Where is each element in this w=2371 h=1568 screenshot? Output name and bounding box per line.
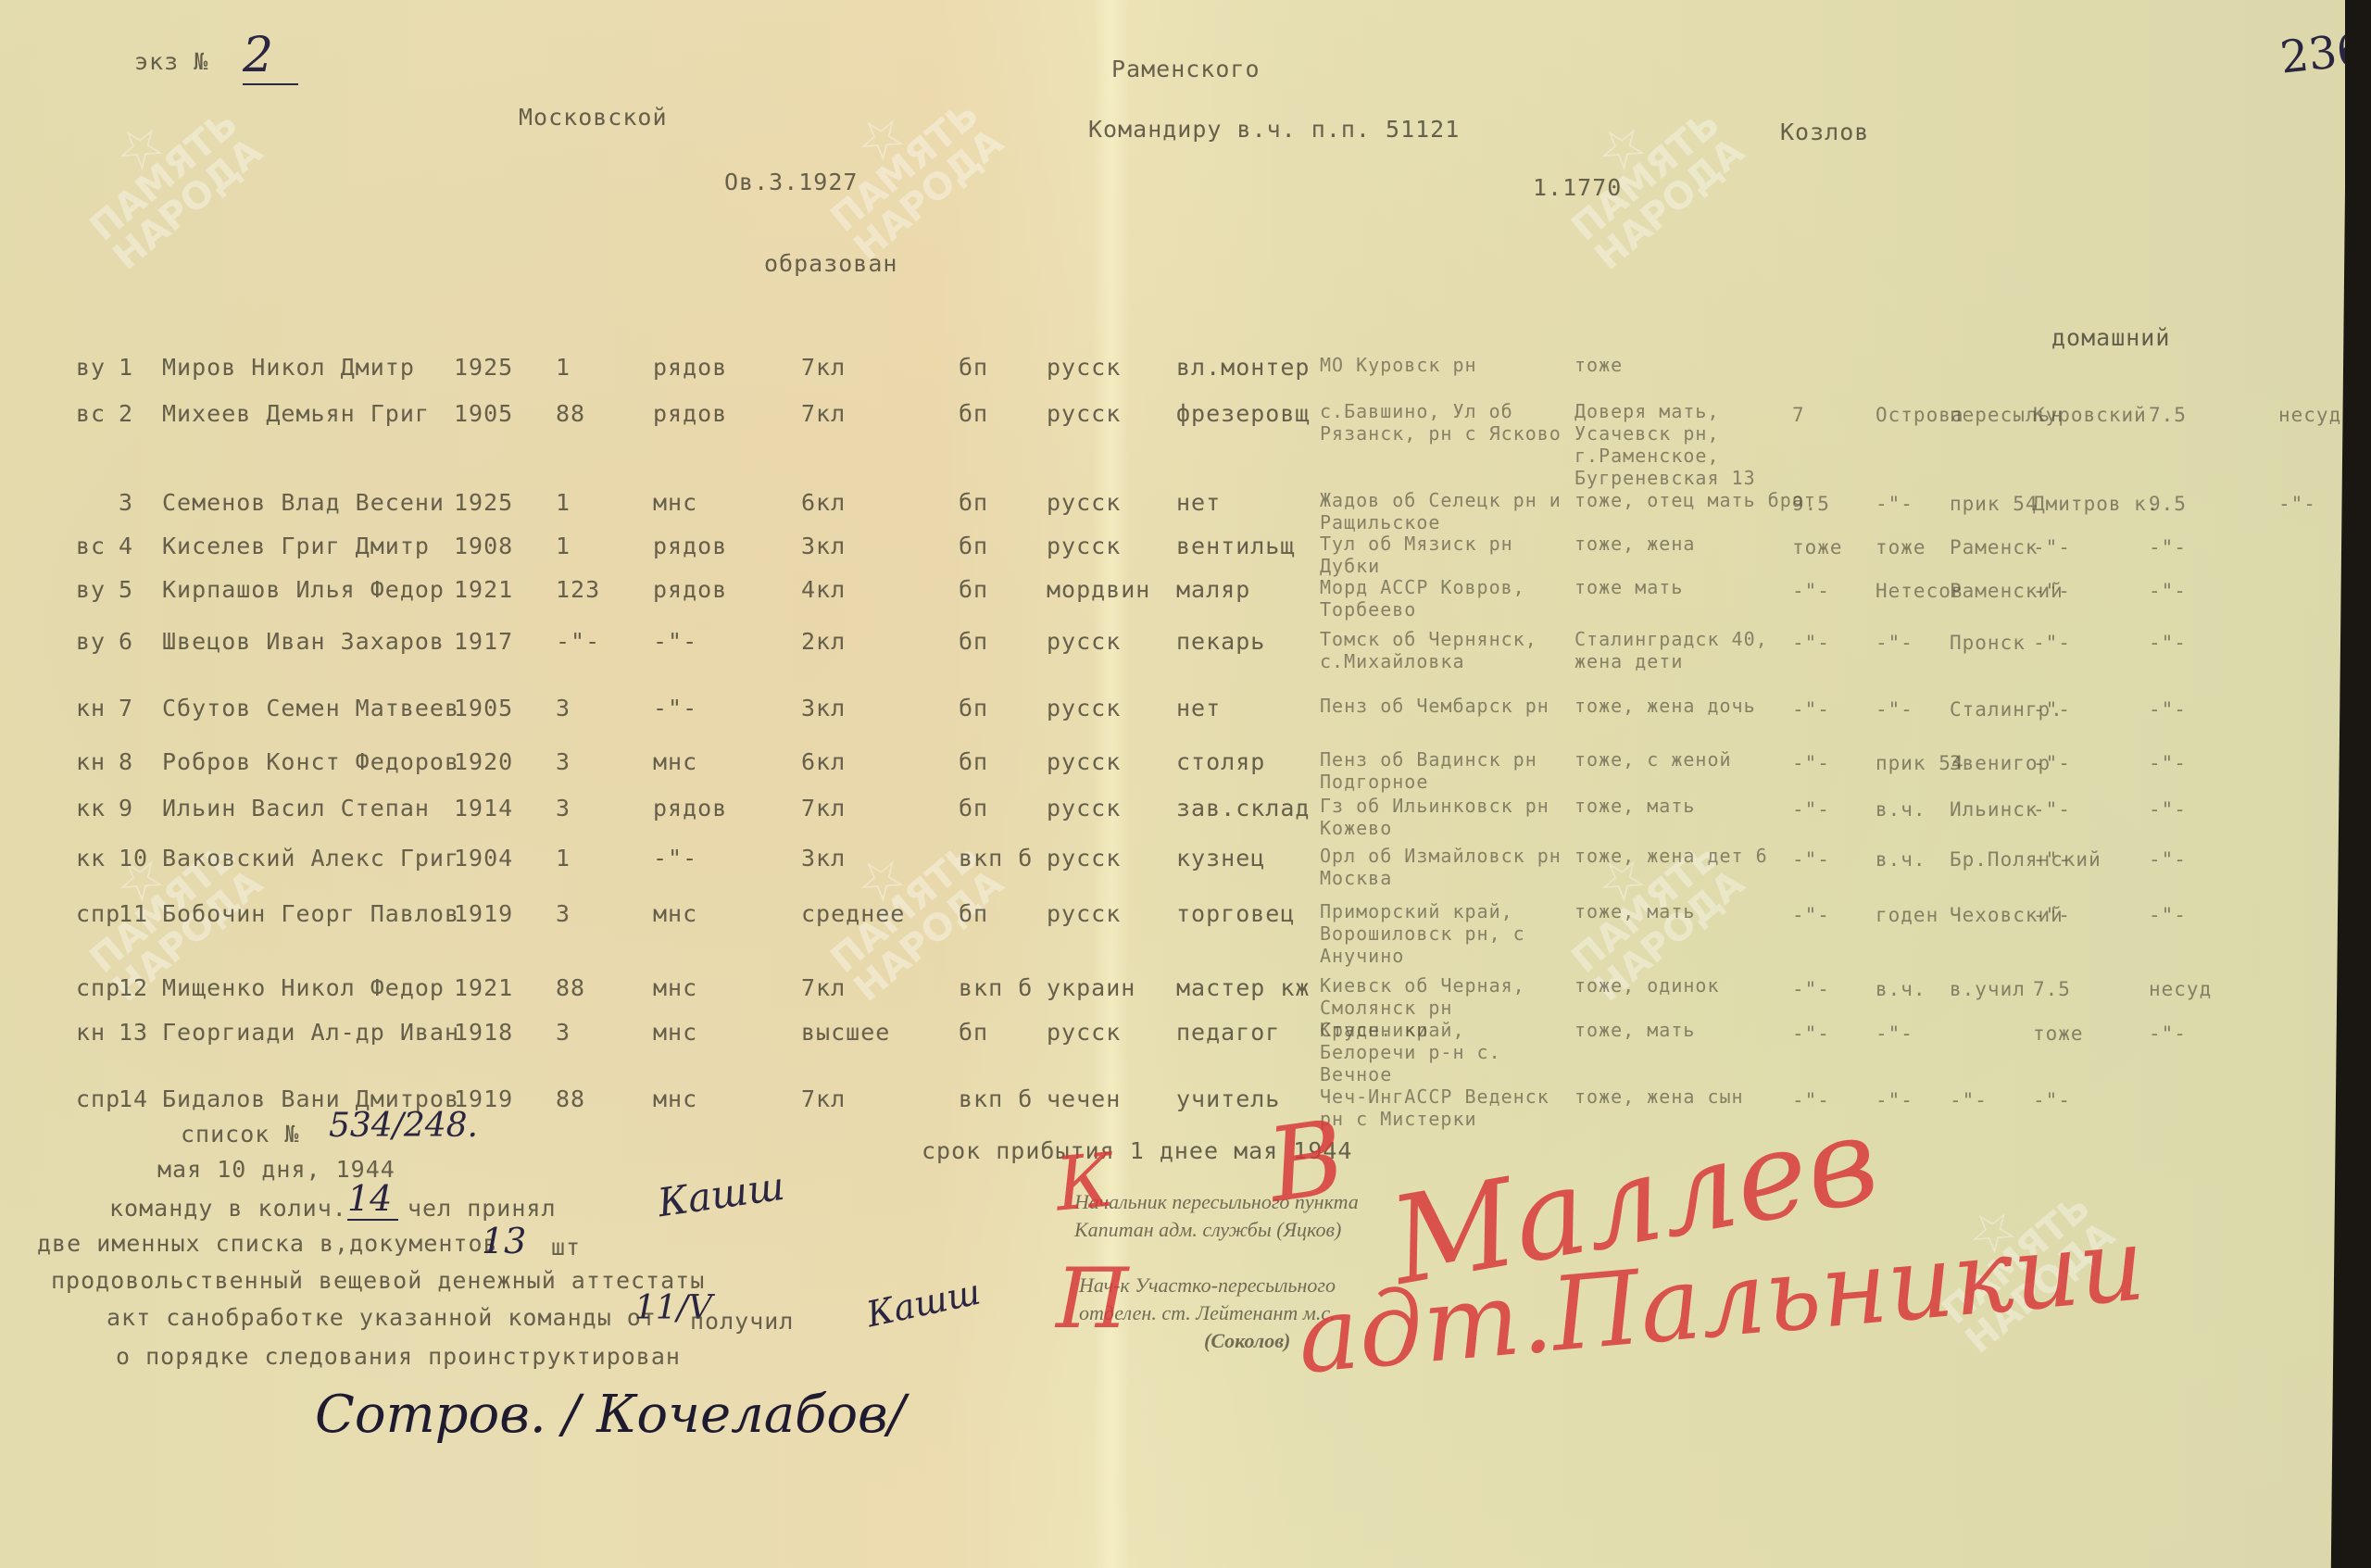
cell-nat: русск bbox=[1047, 1019, 1121, 1046]
cell-title: мнс bbox=[653, 489, 697, 516]
cell-title: -"- bbox=[653, 695, 697, 721]
addressee: Командиру в.ч. п.п. 51121 bbox=[1088, 116, 1460, 143]
cell-year: 1905 bbox=[454, 400, 513, 427]
cell-extra: -"- bbox=[2033, 798, 2071, 821]
cell-prof: мастер кж bbox=[1176, 974, 1310, 1001]
cell-rank: спр bbox=[76, 900, 120, 927]
cell-edu: 6кл bbox=[801, 489, 846, 516]
command-line-a: команду в колич. bbox=[109, 1195, 347, 1222]
cell-address: Жадов об Селецк рн и Ращильское bbox=[1320, 489, 1570, 533]
cell-year: 1918 bbox=[454, 1019, 513, 1046]
cell-rank: ву bbox=[76, 354, 106, 381]
cell-prof: нет bbox=[1176, 695, 1221, 721]
procedure-line: о порядке следования проинструктирован bbox=[116, 1343, 681, 1370]
cell-unit: 3 bbox=[556, 695, 571, 721]
cell-rank: ву bbox=[76, 576, 106, 603]
cell-year: 1925 bbox=[454, 489, 513, 516]
cell-rank: спр bbox=[76, 974, 120, 1001]
cell-num: 14 bbox=[119, 1085, 148, 1112]
command-line-b: чел принял bbox=[408, 1195, 557, 1222]
column-family: домашний bbox=[2051, 324, 2170, 351]
cell-extra: -"- bbox=[2149, 698, 2187, 721]
district: Раменского bbox=[1111, 56, 1261, 82]
cell-prof: столяр bbox=[1176, 748, 1265, 775]
cell-relation: тоже, мать bbox=[1574, 795, 1695, 817]
cell-extra: в.ч. bbox=[1875, 848, 1926, 871]
cell-extra: Бр.Полянский bbox=[1950, 848, 2101, 871]
copy-number: 2 bbox=[243, 28, 298, 85]
cell-extra: -"- bbox=[2149, 798, 2187, 821]
cell-prof: нет bbox=[1176, 489, 1221, 516]
cell-year: 1919 bbox=[454, 900, 513, 927]
cell-num: 1 bbox=[119, 354, 133, 381]
cell-name: Робров Конст Федоров bbox=[162, 748, 459, 775]
cell-year: 1908 bbox=[454, 533, 513, 559]
cell-title: рядов bbox=[653, 795, 727, 822]
cell-title: мнс bbox=[653, 900, 697, 927]
cell-address: Морд АССР Ковров, Торбеево bbox=[1320, 576, 1570, 621]
cell-edu: 3кл bbox=[801, 533, 846, 559]
cell-nat: чечен bbox=[1047, 1085, 1121, 1112]
cell-party: бп bbox=[959, 354, 988, 381]
cell-extra: Куровский bbox=[2033, 404, 2147, 426]
cell-rank: спр bbox=[76, 1085, 120, 1112]
cell-num: 13 bbox=[119, 1019, 148, 1046]
cell-extra: Раменск bbox=[1950, 536, 2039, 558]
cell-address: Томск об Чернянск, с.Михайловка bbox=[1320, 628, 1570, 672]
cell-party: бп bbox=[959, 748, 988, 775]
dept-stamp-line-3: (Соколов) bbox=[1204, 1329, 1290, 1353]
cell-name: Георгиади Ал-др Иван bbox=[162, 1019, 459, 1046]
cell-party: бп bbox=[959, 533, 988, 559]
column-education: образован bbox=[764, 250, 897, 277]
cell-nat: русск bbox=[1047, 795, 1121, 822]
cell-party: вкп б bbox=[959, 1085, 1033, 1112]
cell-relation: тоже, отец мать брат bbox=[1574, 489, 1816, 511]
cell-nat: украин bbox=[1047, 974, 1135, 1001]
cell-prof: вентильщ bbox=[1176, 533, 1295, 559]
cell-extra: -"- bbox=[1950, 1089, 1988, 1111]
cell-num: 11 bbox=[119, 900, 148, 927]
cell-unit: 123 bbox=[556, 576, 600, 603]
cell-nat: русск bbox=[1047, 628, 1121, 655]
cell-title: мнс bbox=[653, 974, 697, 1001]
cell-address: Пенз об Чембарск рн bbox=[1320, 695, 1549, 717]
cell-num: 9 bbox=[119, 795, 133, 822]
cell-rank: кн bbox=[76, 695, 106, 721]
cell-nat: русск bbox=[1047, 354, 1121, 381]
cell-year: 1914 bbox=[454, 795, 513, 822]
cell-extra: -"- bbox=[1792, 752, 1830, 774]
cell-unit: 3 bbox=[556, 1019, 571, 1046]
cell-party: вкп б bbox=[959, 974, 1033, 1001]
cell-relation: тоже мать bbox=[1574, 576, 1683, 598]
cell-prof: педагог bbox=[1176, 1019, 1280, 1046]
cell-relation: тоже, одинок bbox=[1574, 974, 1720, 997]
cell-num: 7 bbox=[119, 695, 133, 721]
code-right: 1.1770 bbox=[1533, 174, 1622, 201]
cell-name: Сбутов Семен Матвеев bbox=[162, 695, 459, 721]
command-count: 14 bbox=[347, 1178, 398, 1221]
cell-num: 3 bbox=[119, 489, 133, 516]
cell-extra: -"- bbox=[1792, 978, 1830, 1000]
cell-prof: маляр bbox=[1176, 576, 1250, 603]
cell-num: 2 bbox=[119, 400, 133, 427]
red-mark: К bbox=[1052, 1136, 1117, 1227]
cell-prof: пекарь bbox=[1176, 628, 1265, 655]
cell-title: мнс bbox=[653, 1019, 697, 1046]
cell-num: 12 bbox=[119, 974, 148, 1001]
cell-nat: русск bbox=[1047, 695, 1121, 721]
cell-extra: -"- bbox=[1792, 632, 1830, 654]
cell-rank: вс bbox=[76, 400, 106, 427]
cell-nat: мордвин bbox=[1047, 576, 1150, 603]
cell-extra: -"- bbox=[2033, 698, 2071, 721]
cell-extra: годен bbox=[1875, 904, 1938, 926]
cell-year: 1925 bbox=[454, 354, 513, 381]
cell-title: мнс bbox=[653, 1085, 697, 1112]
list-number: 534/248. bbox=[329, 1107, 478, 1145]
cell-name: Михеев Демьян Григ bbox=[162, 400, 430, 427]
cell-extra: в.учил bbox=[1950, 978, 2026, 1000]
cell-extra: -"- bbox=[1875, 493, 1913, 515]
cell-party: бп bbox=[959, 1019, 988, 1046]
cell-year: 1920 bbox=[454, 748, 513, 775]
cell-extra: -"- bbox=[1792, 1022, 1830, 1045]
cell-title: рядов bbox=[653, 354, 727, 381]
cell-edu: 3кл bbox=[801, 845, 846, 872]
cell-year: 1904 bbox=[454, 845, 513, 872]
cell-edu: 2кл bbox=[801, 628, 846, 655]
cell-relation: Доверя мать, Усачевск рн, г.Раменское, Б… bbox=[1574, 400, 1825, 489]
cell-unit: 88 bbox=[556, 974, 585, 1001]
cell-relation: тоже, мать bbox=[1574, 900, 1695, 922]
cell-edu: 7кл bbox=[801, 795, 846, 822]
cell-extra: -"- bbox=[2149, 536, 2187, 558]
cell-nat: русск bbox=[1047, 845, 1121, 872]
cell-relation: Сталинградск 40, жена дети bbox=[1574, 628, 1825, 672]
cell-rank: кн bbox=[76, 1019, 106, 1046]
cell-unit: 1 bbox=[556, 489, 571, 516]
cell-extra: Ильинск bbox=[1950, 798, 2039, 821]
cell-name: Кирпашов Илья Федор bbox=[162, 576, 445, 603]
city: Козлов bbox=[1780, 119, 1869, 145]
cell-nat: русск bbox=[1047, 533, 1121, 559]
cell-title: рядов bbox=[653, 576, 727, 603]
cell-edu: 3кл bbox=[801, 695, 846, 721]
cell-unit: 1 bbox=[556, 845, 571, 872]
cell-extra: -"- bbox=[2149, 632, 2187, 654]
cell-extra: -"- bbox=[2149, 1022, 2187, 1045]
cell-rank: кк bbox=[76, 845, 106, 872]
cell-rank: кн bbox=[76, 748, 106, 775]
copy-label: экз № bbox=[134, 48, 208, 75]
cell-unit: 88 bbox=[556, 1085, 585, 1112]
cell-party: бп bbox=[959, 489, 988, 516]
cell-extra: -"- bbox=[1875, 698, 1913, 721]
cell-year: 1905 bbox=[454, 695, 513, 721]
cell-rank: кк bbox=[76, 795, 106, 822]
cell-address: Приморский край, Ворошиловск рн, с Анучи… bbox=[1320, 900, 1570, 967]
cell-num: 5 bbox=[119, 576, 133, 603]
cell-name: Бобочин Георг Павлов bbox=[162, 900, 459, 927]
cell-relation: тоже, мать bbox=[1574, 1019, 1695, 1041]
cell-extra: в.ч. bbox=[1875, 978, 1926, 1000]
cell-prof: зав.склад bbox=[1176, 795, 1310, 822]
cell-title: -"- bbox=[653, 628, 697, 655]
cell-name: Ваковский Алекс Григ bbox=[162, 845, 459, 872]
cell-extra: -"- bbox=[1792, 580, 1830, 602]
docs-count: 13 bbox=[482, 1221, 526, 1261]
cell-nat: русск bbox=[1047, 489, 1121, 516]
cell-extra: -"- bbox=[2149, 752, 2187, 774]
red-mark: П bbox=[1056, 1250, 1129, 1348]
cell-title: рядов bbox=[653, 400, 727, 427]
sanitation-line-a: акт санобработке указанной команды от bbox=[107, 1304, 657, 1331]
cell-num: 8 bbox=[119, 748, 133, 775]
cell-edu: 6кл bbox=[801, 748, 846, 775]
cell-address: МО Куровск рн bbox=[1320, 354, 1477, 376]
cell-extra: -"- bbox=[1792, 798, 1830, 821]
cell-extra: -"- bbox=[1792, 848, 1830, 871]
red-mark: В bbox=[1261, 1098, 1351, 1225]
cell-extra: прик 54 bbox=[1950, 493, 2039, 515]
cell-address: Тул об Мязиск рн Дубки bbox=[1320, 533, 1570, 577]
cell-party: вкп б bbox=[959, 845, 1033, 872]
cell-extra: 9.5 bbox=[2149, 493, 2187, 515]
cell-unit: 3 bbox=[556, 900, 571, 927]
cell-year: 1921 bbox=[454, 974, 513, 1001]
cell-party: бп bbox=[959, 795, 988, 822]
cell-extra: -"- bbox=[1875, 1089, 1913, 1111]
cell-nat: русск bbox=[1047, 900, 1121, 927]
cell-extra: -"- bbox=[2033, 848, 2071, 871]
cell-extra: 9.5 bbox=[1792, 493, 1830, 515]
cell-party: бп bbox=[959, 628, 988, 655]
cell-name: Ильин Васил Степан bbox=[162, 795, 430, 822]
cell-extra: несудим bbox=[2278, 404, 2367, 426]
cell-title: рядов bbox=[653, 533, 727, 559]
cell-extra: несуд bbox=[2149, 978, 2212, 1000]
docs-line-b: шт bbox=[551, 1234, 581, 1261]
region: Московской bbox=[519, 104, 668, 131]
cell-unit: -"- bbox=[556, 628, 600, 655]
cell-rank: ву bbox=[76, 628, 106, 655]
cell-address: Гз об Ильинковск рн Кожево bbox=[1320, 795, 1570, 839]
cell-extra: -"- bbox=[2033, 1089, 2071, 1111]
code-left: Ов.3.1927 bbox=[724, 169, 858, 195]
cell-name: Мищенко Никол Федор bbox=[162, 974, 445, 1001]
cell-year: 1917 bbox=[454, 628, 513, 655]
cell-address: Орл об Измайловск рн Москва bbox=[1320, 845, 1570, 889]
page-number: 236 bbox=[2277, 23, 2367, 83]
cell-extra: -"- bbox=[2149, 904, 2187, 926]
cell-extra: в.ч. bbox=[1875, 798, 1926, 821]
cell-year: 1921 bbox=[454, 576, 513, 603]
cell-extra: -"- bbox=[1875, 1022, 1913, 1045]
cell-extra: -"- bbox=[2149, 580, 2187, 602]
list-label: список № bbox=[181, 1121, 299, 1148]
cell-relation: тоже, жена дочь bbox=[1574, 695, 1756, 717]
cell-name: Семенов Влад Весени bbox=[162, 489, 445, 516]
cell-edu: высшее bbox=[801, 1019, 890, 1046]
cell-address: Красн. край, Белоречи р-н с. Вечное bbox=[1320, 1019, 1570, 1085]
cell-edu: 7кл bbox=[801, 1085, 846, 1112]
cell-unit: 88 bbox=[556, 400, 585, 427]
cell-unit: 1 bbox=[556, 354, 571, 381]
provisions-line: продовольственный вещевой денежный аттес… bbox=[51, 1267, 705, 1294]
cell-extra: тоже bbox=[1792, 536, 1843, 558]
cell-extra: -"- bbox=[2033, 752, 2071, 774]
cell-party: бп bbox=[959, 695, 988, 721]
watermark: ☆ПАМЯТЬНАРОДА bbox=[59, 76, 269, 277]
sanitation-line-b: получил bbox=[690, 1308, 794, 1335]
cell-extra: -"- bbox=[1792, 698, 1830, 721]
cell-extra: -"- bbox=[2033, 536, 2071, 558]
cell-extra: тоже bbox=[1875, 536, 1926, 558]
cell-unit: 1 bbox=[556, 533, 571, 559]
cell-extra: -"- bbox=[1875, 632, 1913, 654]
cell-title: мнс bbox=[653, 748, 697, 775]
cell-party: бп bbox=[959, 400, 988, 427]
cell-num: 4 bbox=[119, 533, 133, 559]
initials-signature: Кашш bbox=[655, 1163, 787, 1226]
cell-edu: 7кл bbox=[801, 400, 846, 427]
cell-extra: 7 bbox=[1792, 404, 1805, 426]
cell-extra: -"- bbox=[2033, 580, 2071, 602]
cell-title: -"- bbox=[653, 845, 697, 872]
cell-extra: Дмитров к. bbox=[2033, 493, 2159, 515]
cell-unit: 3 bbox=[556, 748, 571, 775]
cell-extra: -"- bbox=[2033, 904, 2071, 926]
cell-extra: 7.5 bbox=[2149, 404, 2187, 426]
cell-prof: вл.монтер bbox=[1176, 354, 1310, 381]
cell-rank: вс bbox=[76, 533, 106, 559]
cell-prof: фрезеровщ bbox=[1176, 400, 1310, 427]
initials-signature: Кашш bbox=[863, 1272, 984, 1336]
cell-name: Миров Никол Дмитр bbox=[162, 354, 415, 381]
cell-address: Пенз об Вадинск рн Подгорное bbox=[1320, 748, 1570, 793]
cell-relation: тоже, жена дет 6 bbox=[1574, 845, 1768, 867]
cell-prof: торговец bbox=[1176, 900, 1295, 927]
cell-relation: тоже bbox=[1574, 354, 1623, 376]
cell-unit: 3 bbox=[556, 795, 571, 822]
cell-address: Чеч-ИнгАССР Веденск рн с Мистерки bbox=[1320, 1085, 1570, 1130]
docs-line-a: две именных списка в,документов bbox=[37, 1230, 498, 1257]
cell-extra: тоже bbox=[2033, 1022, 2084, 1045]
watermark: ☆ПАМЯТЬНАРОДА bbox=[800, 67, 1010, 268]
cell-nat: русск bbox=[1047, 748, 1121, 775]
cell-address: с.Бавшино, Ул об Рязанск, рн с Ясково bbox=[1320, 400, 1570, 445]
cell-extra: -"- bbox=[2033, 632, 2071, 654]
cell-extra: -"- bbox=[1792, 904, 1830, 926]
document-paper: ☆ПАМЯТЬНАРОДА ☆ПАМЯТЬНАРОДА ☆ПАМЯТЬНАРОД… bbox=[0, 0, 2345, 1568]
cell-edu: 7кл bbox=[801, 974, 846, 1001]
cell-edu: среднее bbox=[801, 900, 905, 927]
cell-edu: 4кл bbox=[801, 576, 846, 603]
cell-prof: кузнец bbox=[1176, 845, 1265, 872]
cell-nat: русск bbox=[1047, 400, 1121, 427]
cell-extra: -"- bbox=[2278, 493, 2316, 515]
cell-relation: тоже, с женой bbox=[1574, 748, 1732, 771]
cell-edu: 7кл bbox=[801, 354, 846, 381]
cell-num: 6 bbox=[119, 628, 133, 655]
cell-relation: тоже, жена сын bbox=[1574, 1085, 1744, 1108]
cell-name: Швецов Иван Захаров bbox=[162, 628, 445, 655]
cell-party: бп bbox=[959, 576, 988, 603]
cell-relation: тоже, жена bbox=[1574, 533, 1695, 555]
cell-extra: -"- bbox=[2149, 848, 2187, 871]
cell-extra: 7.5 bbox=[2033, 978, 2071, 1000]
cell-name: Киселев Григ Дмитр bbox=[162, 533, 430, 559]
cell-num: 10 bbox=[119, 845, 148, 872]
cell-party: бп bbox=[959, 900, 988, 927]
cell-extra: Пронск bbox=[1950, 632, 2026, 654]
receiver-signature: Сотров. / Кочелабов/ bbox=[315, 1385, 906, 1445]
